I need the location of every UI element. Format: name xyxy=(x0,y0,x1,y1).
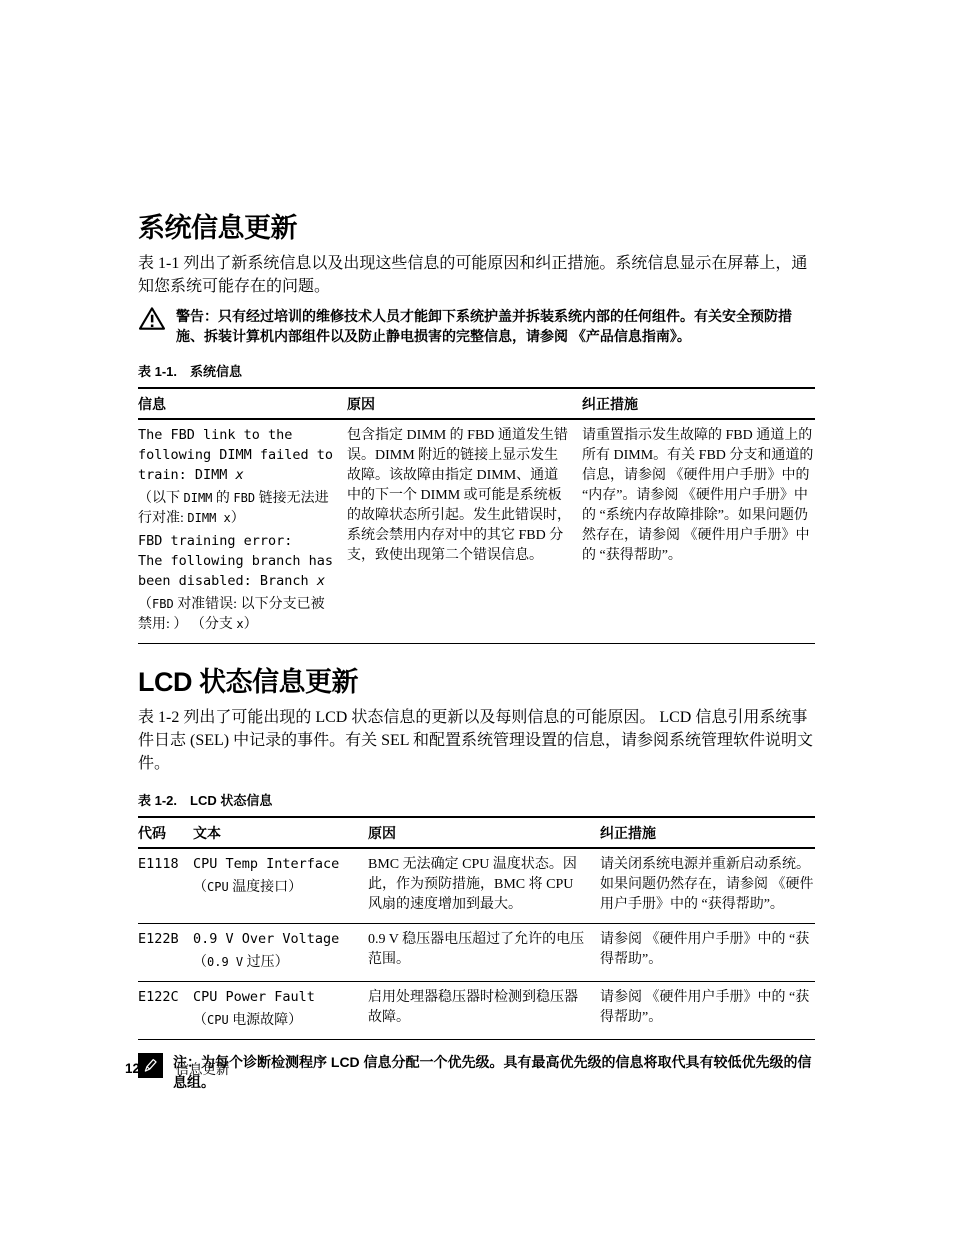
text-run: DIMM xyxy=(184,491,213,505)
table-row: E1118CPU Temp Interface（CPU 温度接口）BMC 无法确… xyxy=(138,848,815,924)
column-header: 代码 xyxy=(138,817,193,848)
table-caption-title: LCD 状态信息 xyxy=(190,793,272,808)
text-run: 请参阅 《硬件用户手册》中的 “获得帮助”。 xyxy=(600,932,809,967)
text-run: CPU Temp Interface xyxy=(193,856,339,872)
document-page: 系统信息更新 表 1-1 列出了新系统信息以及出现这些信息的可能原因和纠正措施。… xyxy=(0,0,954,1235)
text-run: ） xyxy=(231,511,245,526)
text-run: been disabled: Branch xyxy=(138,573,317,589)
table-header-row: 信息原因纠正措施 xyxy=(138,388,815,419)
text-run: DIMM x xyxy=(187,511,230,525)
text-run: （ xyxy=(193,955,207,970)
table-cell: E1118 xyxy=(138,848,193,924)
text-run: E1118 xyxy=(138,856,179,872)
cell-paragraph: （FBD 对准错误: 以下分支已被禁用: ） （分支 x） xyxy=(138,594,337,634)
lcd-status-messages-table: 代码文本原因纠正措施E1118CPU Temp Interface（CPU 温度… xyxy=(138,816,815,1040)
footer-section-label: 信息更新 xyxy=(176,1058,230,1078)
text-run: 0.9 V xyxy=(207,955,243,969)
text-run: x xyxy=(317,573,325,589)
text-run: BMC 无法确定 CPU 温度状态。因此，作为预防措施，BMC 将 CPU 风扇… xyxy=(368,857,577,912)
footer-separator: | xyxy=(156,1061,160,1076)
cell-paragraph: 包含指定 DIMM 的 FBD 通道发生错误。DIMM 附近的链接上显示发生故障… xyxy=(347,425,572,565)
column-header: 原因 xyxy=(368,817,600,848)
table-cell: 请参阅 《硬件用户手册》中的 “获得帮助”。 xyxy=(600,924,815,982)
text-run: FBD xyxy=(152,597,174,611)
column-header: 原因 xyxy=(347,388,582,419)
table-cell: The FBD link to thefollowing DIMM failed… xyxy=(138,419,347,644)
cell-paragraph: （CPU 温度接口） xyxy=(193,877,358,897)
column-header: 纠正措施 xyxy=(600,817,815,848)
cell-paragraph: CPU Power Fault xyxy=(193,987,358,1007)
cell-paragraph: BMC 无法确定 CPU 温度状态。因此，作为预防措施，BMC 将 CPU 风扇… xyxy=(368,854,590,914)
system-intro-paragraph: 表 1-1 列出了新系统信息以及出现这些信息的可能原因和纠正措施。系统信息显示在… xyxy=(138,252,815,298)
text-run: 电源故障） xyxy=(229,1013,303,1028)
cell-paragraph: 请参阅 《硬件用户手册》中的 “获得帮助”。 xyxy=(600,987,815,1027)
table-cell: CPU Temp Interface（CPU 温度接口） xyxy=(193,848,368,924)
text-run: CPU xyxy=(207,880,229,894)
text-run: FBD xyxy=(233,491,255,505)
lcd-intro-paragraph: 表 1-2 列出了可能出现的 LCD 状态信息的更新以及每则信息的可能原因。 L… xyxy=(138,706,815,775)
cell-paragraph: 请参阅 《硬件用户手册》中的 “获得帮助”。 xyxy=(600,929,815,969)
text-run: x xyxy=(236,467,244,483)
text-run: The following branch has xyxy=(138,553,333,569)
note-text-block: 注：为每个诊断检测程序 LCD 信息分配一个优先级。具有最高优先级的信息将取代具… xyxy=(173,1052,815,1092)
warning-text-block: 警告：只有经过培训的维修技术人员才能卸下系统护盖并拆装系统内部的任何组件。有关安… xyxy=(176,306,815,346)
cell-paragraph: CPU Temp Interface xyxy=(193,854,358,874)
section-title-lcd-status: LCD 状态信息更新 xyxy=(138,666,815,698)
text-run: 0.9 V 稳压器电压超过了允许的电压范围。 xyxy=(368,932,584,967)
text-run: 温度接口） xyxy=(229,880,303,895)
cell-paragraph: （以下 DIMM 的 FBD 链接无法进行对准: DIMM x） xyxy=(138,488,337,528)
text-run: train: DIMM xyxy=(138,467,236,483)
warning-text: 只有经过培训的维修技术人员才能卸下系统护盖并拆装系统内部的任何组件。有关安全预防… xyxy=(176,308,792,344)
warning-label: 警告： xyxy=(176,308,218,324)
text-run: 0.9 V Over Voltage xyxy=(193,931,339,947)
note-admonition: 注：为每个诊断检测程序 LCD 信息分配一个优先级。具有最高优先级的信息将取代具… xyxy=(138,1052,815,1092)
text-run: 请关闭系统电源并重新启动系统。如果问题仍然存在，请参阅 《硬件用户手册》中的 “… xyxy=(600,857,814,912)
text-run: （以下 xyxy=(138,491,184,506)
text-run: （ xyxy=(193,880,207,895)
text-run: E122B xyxy=(138,931,179,947)
text-run: 包含指定 DIMM 的 FBD 通道发生错误。DIMM 附近的链接上显示发生故障… xyxy=(347,428,571,563)
cell-paragraph: 请关闭系统电源并重新启动系统。如果问题仍然存在，请参阅 《硬件用户手册》中的 “… xyxy=(600,854,815,914)
cell-paragraph: E122B xyxy=(138,929,183,949)
cell-paragraph: （0.9 V 过压） xyxy=(193,952,358,972)
table-row: The FBD link to thefollowing DIMM failed… xyxy=(138,419,815,644)
column-header: 纠正措施 xyxy=(582,388,815,419)
text-run: （ xyxy=(138,597,152,612)
cell-paragraph: E122C xyxy=(138,987,183,1007)
text-run: FBD training error: xyxy=(138,533,292,549)
table-caption-title: 系统信息 xyxy=(190,364,242,379)
table-cell: 请关闭系统电源并重新启动系统。如果问题仍然存在，请参阅 《硬件用户手册》中的 “… xyxy=(600,848,815,924)
text-run: 过压） xyxy=(243,955,289,970)
table-cell: 包含指定 DIMM 的 FBD 通道发生错误。DIMM 附近的链接上显示发生故障… xyxy=(347,419,582,644)
table-caption-number: 表 1-2. xyxy=(138,793,177,808)
section-title-system-messages: 系统信息更新 xyxy=(138,212,815,244)
page-footer: 12 | 信息更新 xyxy=(125,1058,230,1078)
text-run: 请参阅 《硬件用户手册》中的 “获得帮助”。 xyxy=(600,990,809,1025)
cell-paragraph: 0.9 V Over Voltage xyxy=(193,929,358,949)
cell-paragraph: （CPU 电源故障） xyxy=(193,1010,358,1030)
column-header: 文本 xyxy=(193,817,368,848)
cell-paragraph: 启用处理器稳压器时检测到稳压器故障。 xyxy=(368,987,590,1027)
table-row: E122CCPU Power Fault（CPU 电源故障）启用处理器稳压器时检… xyxy=(138,982,815,1040)
table-cell: E122B xyxy=(138,924,193,982)
cell-paragraph: 请重置指示发生故障的 FBD 通道上的所有 DIMM。有关 FBD 分支和通道的… xyxy=(582,425,815,565)
text-run: The FBD link to the xyxy=(138,427,292,443)
cell-paragraph: 0.9 V 稳压器电压超过了允许的电压范围。 xyxy=(368,929,590,969)
text-run: E122C xyxy=(138,989,179,1005)
page-content: 系统信息更新 表 1-1 列出了新系统信息以及出现这些信息的可能原因和纠正措施。… xyxy=(138,0,815,1092)
system-messages-table: 信息原因纠正措施The FBD link to thefollowing DIM… xyxy=(138,387,815,644)
cell-paragraph: The FBD link to thefollowing DIMM failed… xyxy=(138,425,337,485)
table-cell: E122C xyxy=(138,982,193,1040)
table-1-1-caption: 表 1-1.系统信息 xyxy=(138,364,815,379)
table-row: E122B0.9 V Over Voltage（0.9 V 过压）0.9 V 稳… xyxy=(138,924,815,982)
table-cell: BMC 无法确定 CPU 温度状态。因此，作为预防措施，BMC 将 CPU 风扇… xyxy=(368,848,600,924)
text-run: CPU Power Fault xyxy=(193,989,315,1005)
table-cell: 0.9 V 稳压器电压超过了允许的电压范围。 xyxy=(368,924,600,982)
cell-paragraph: E1118 xyxy=(138,854,183,874)
cell-paragraph: FBD training error:The following branch … xyxy=(138,531,337,591)
table-cell: 启用处理器稳压器时检测到稳压器故障。 xyxy=(368,982,600,1040)
table-cell: 0.9 V Over Voltage（0.9 V 过压） xyxy=(193,924,368,982)
page-number: 12 xyxy=(125,1061,140,1076)
table-1-2-caption: 表 1-2.LCD 状态信息 xyxy=(138,793,815,808)
table-cell: 请参阅 《硬件用户手册》中的 “获得帮助”。 xyxy=(600,982,815,1040)
warning-admonition: 警告：只有经过培训的维修技术人员才能卸下系统护盖并拆装系统内部的任何组件。有关安… xyxy=(138,306,815,346)
table-caption-number: 表 1-1. xyxy=(138,364,177,379)
text-run: 启用处理器稳压器时检测到稳压器故障。 xyxy=(368,990,578,1025)
text-run: 请重置指示发生故障的 FBD 通道上的所有 DIMM。有关 FBD 分支和通道的… xyxy=(582,428,813,563)
warning-triangle-icon xyxy=(138,306,166,336)
text-run: following DIMM failed to xyxy=(138,447,333,463)
text-run: 的 xyxy=(212,491,233,506)
table-cell: 请重置指示发生故障的 FBD 通道上的所有 DIMM。有关 FBD 分支和通道的… xyxy=(582,419,815,644)
table-cell: CPU Power Fault（CPU 电源故障） xyxy=(193,982,368,1040)
text-run: ） xyxy=(244,617,258,632)
text-run: CPU xyxy=(207,1013,229,1027)
text-run: x xyxy=(236,617,243,631)
column-header: 信息 xyxy=(138,388,347,419)
table-header-row: 代码文本原因纠正措施 xyxy=(138,817,815,848)
note-text: 为每个诊断检测程序 LCD 信息分配一个优先级。具有最高优先级的信息将取代具有较… xyxy=(173,1054,812,1090)
text-run: （ xyxy=(193,1013,207,1028)
